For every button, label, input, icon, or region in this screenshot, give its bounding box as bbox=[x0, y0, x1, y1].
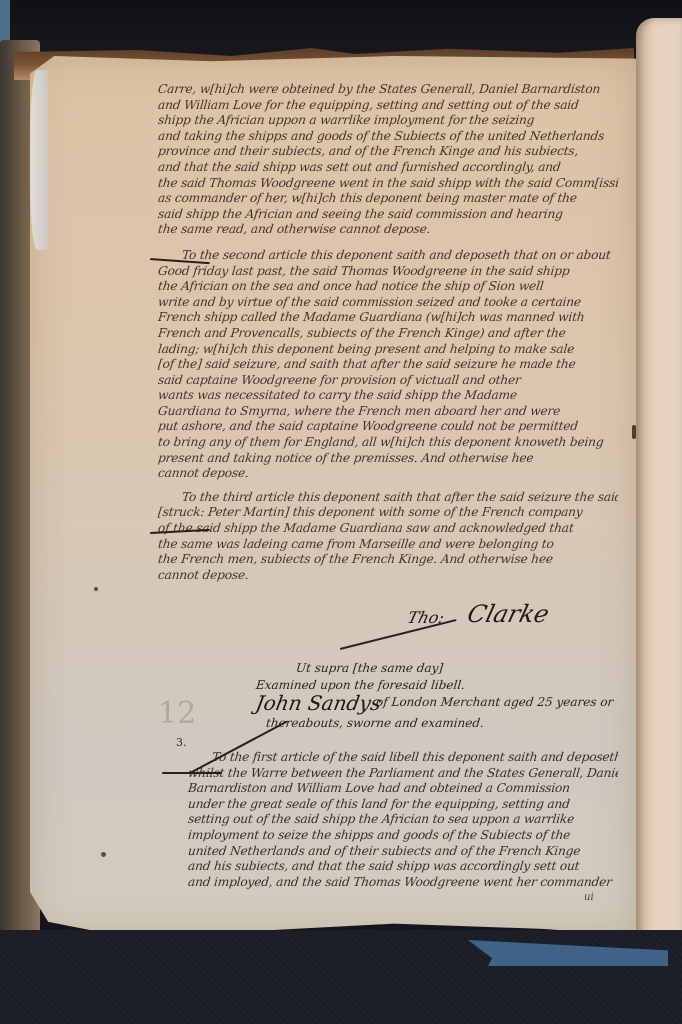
dark-cloth-background bbox=[0, 930, 682, 1024]
text-line: said shipp the Africian and seeing the s… bbox=[157, 207, 619, 223]
paragraph-3: To the third article this deponent saith… bbox=[158, 490, 618, 584]
text-line: shipp the Africian uppon a warrlike impl… bbox=[157, 113, 619, 129]
text-line: To the first article of the said libell … bbox=[187, 750, 619, 766]
text-line: setting out of the said shipp the Africi… bbox=[187, 812, 619, 828]
text-line: united Netherlands and of their subiects… bbox=[187, 844, 619, 860]
text-line: Guardiana to Smyrna, where the French me… bbox=[157, 404, 619, 420]
text-line: and taking the shipps and goods of the S… bbox=[157, 129, 619, 145]
deposition-body: To the first article of the said libell … bbox=[188, 750, 618, 890]
corner-annotation: ui bbox=[584, 892, 594, 903]
text-line: lading; w[hi]ch this deponent being pres… bbox=[157, 342, 619, 358]
text-line: cannot depose. bbox=[157, 466, 619, 482]
folio-marker: 3. bbox=[176, 736, 187, 749]
paragraph-1: Carre, w[hi]ch were obteined by the Stat… bbox=[158, 82, 618, 238]
text-line: the French men, subiects of the French K… bbox=[157, 552, 619, 568]
text-line: and his subiects, and that the said ship… bbox=[187, 859, 619, 875]
text-line: Barnardiston and William Love had and ob… bbox=[187, 781, 619, 797]
text-line: put ashore, and the said captaine Woodgr… bbox=[157, 419, 619, 435]
text-line: the Africian on the sea and once had not… bbox=[157, 279, 619, 295]
text-line: under the great seale of this land for t… bbox=[187, 797, 619, 813]
text-line: imployment to seize the shipps and goods… bbox=[187, 828, 619, 844]
pencil-page-number: 12 bbox=[158, 696, 196, 731]
date-line: Ut supra [the same day] bbox=[255, 660, 637, 677]
text-line: cannot depose. bbox=[157, 568, 619, 584]
text-line: French shipp called the Madame Guardiana… bbox=[157, 310, 619, 326]
text-line: and that the said shipp was sett out and… bbox=[157, 160, 619, 176]
text-line: present and taking notice of the premiss… bbox=[157, 451, 619, 467]
signature-first-name: Tho: bbox=[406, 608, 447, 627]
page-highlight bbox=[30, 70, 48, 250]
deponent-continuation: thereabouts, sworne and examined. bbox=[255, 715, 637, 732]
text-line: [struck: Peter Martin] this deponent wit… bbox=[157, 505, 619, 521]
text-line: of the said shipp the Madame Guardiana s… bbox=[157, 521, 619, 537]
text-line: the same read, and otherwise cannot depo… bbox=[157, 222, 619, 238]
text-line: said captaine Woodgreene for provision o… bbox=[157, 373, 619, 389]
text-line: whilst the Warre between the Parliament … bbox=[187, 766, 619, 782]
text-line: the same was ladeing came from Marseille… bbox=[157, 537, 619, 553]
text-line: the said Thomas Woodgreene went in the s… bbox=[157, 176, 619, 192]
text-line: as commander of her, w[hi]ch this depone… bbox=[157, 191, 619, 207]
ink-speck bbox=[632, 425, 636, 439]
text-line: To the second article this deponent sait… bbox=[157, 248, 619, 264]
text-line: To the third article this deponent saith… bbox=[157, 490, 619, 506]
text-line: province and their subiects, and of the … bbox=[157, 144, 619, 160]
text-line: Good friday last past, the said Thomas W… bbox=[157, 264, 619, 280]
text-line: write and by virtue of the said commissi… bbox=[157, 295, 619, 311]
ink-speck bbox=[94, 587, 98, 591]
manuscript-text-upper: Carre, w[hi]ch were obteined by the Stat… bbox=[158, 82, 618, 585]
facing-page-edge bbox=[636, 18, 682, 968]
signature: Tho: Clarke bbox=[408, 588, 568, 658]
signature-surname: Clarke bbox=[465, 600, 553, 628]
text-line: to bring any of them for England, all w[… bbox=[157, 435, 619, 451]
ink-speck bbox=[101, 852, 106, 857]
deposition-header: Ut supra [the same day] Examined upon th… bbox=[256, 660, 636, 732]
paragraph-2: To the second article this deponent sait… bbox=[158, 248, 618, 482]
text-line: wants was necessitated to carry the said… bbox=[157, 388, 619, 404]
text-line: and imployed, and the said Thomas Woodgr… bbox=[187, 875, 619, 891]
text-line: French and Provencalls, subiects of the … bbox=[157, 326, 619, 342]
deponent-name: John Sandys bbox=[254, 691, 638, 715]
text-line: Carre, w[hi]ch were obteined by the Stat… bbox=[157, 82, 619, 98]
text-line: [of the] said seizure, and saith that af… bbox=[157, 357, 619, 373]
text-line: and William Love for the equipping, sett… bbox=[157, 98, 619, 114]
